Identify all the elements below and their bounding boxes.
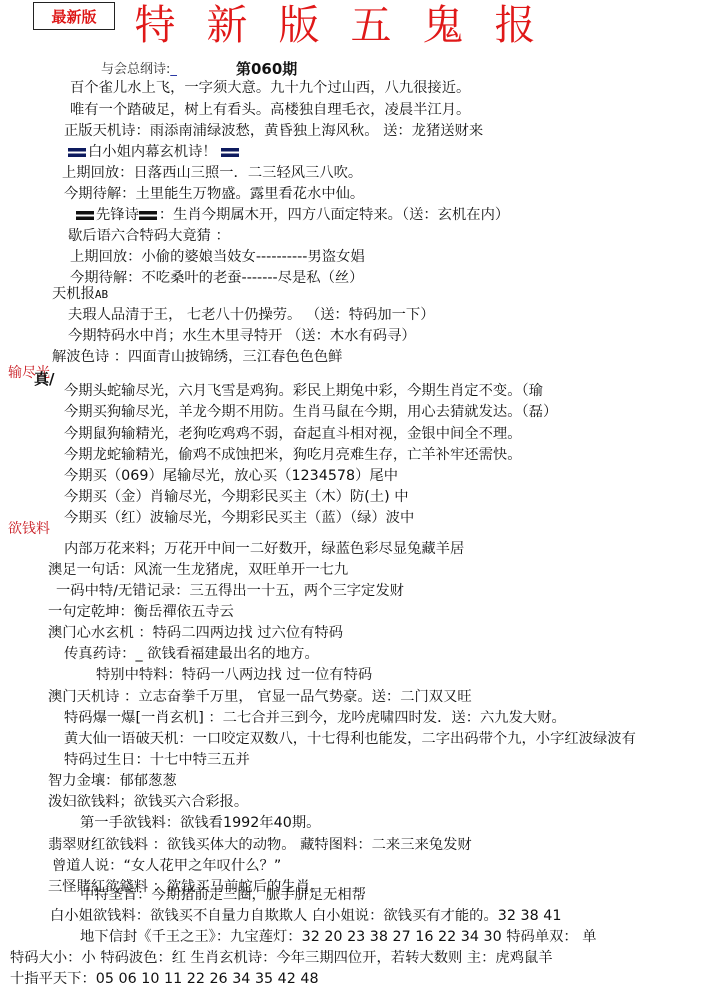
yuqian-line: 泼妇欲钱料；欲钱买六合彩报。 [48, 793, 248, 811]
tianjibao-title: 天机报AB [52, 285, 108, 304]
double-bar-icon [139, 211, 157, 220]
shujinguang-line: 今期买狗输尽光，羊龙今期不用防。生肖马鼠在今期，用心去猜就发达。（磊） [64, 403, 557, 421]
tianjibao-line: 夫瑕人品清于王， 七老八十仍操劳。 （送：特码加一下） [68, 306, 435, 324]
double-bar-icon [68, 148, 86, 157]
last-review-line: 上期回放：日落西山三照一．二三轻风三八吹。 [62, 164, 362, 182]
shujinguang-line: 今期买（红）波输尽光，今期彩民买主（蓝）（绿）波中 [64, 509, 414, 527]
xiehouyu-last: 上期回放：小偷的婆娘当妓女----------男盗女娼 [70, 248, 365, 266]
subtitle-line: 与会总纲诗:_ [101, 61, 177, 79]
yuqian-line: 一码中特/无错记录：三五得出一十五，两个三字定发财 [56, 582, 404, 600]
baixiaojie-header: 白小姐内幕玄机诗！ [68, 143, 241, 161]
yuqian-line: 澳门心水玄机 ：特码二四两边找 过六位有特码 [48, 624, 343, 642]
yuqian-line: 地下信封《千王之王》：九宝莲灯：32 20 23 38 27 16 22 34 … [80, 928, 597, 946]
poem-line-2: 唯有一个踏破足，树上有看头。高楼独自理毛衣，凌晨半江月。 [70, 101, 470, 119]
issue-number: 第060期 [236, 58, 297, 79]
yuqian-line: 黄大仙一语破天机：一口咬定双数八，十七得利也能发，二字出码带个九，小字红波绿波有 [64, 730, 636, 748]
title-char: 报 [488, 0, 542, 50]
shujinguang-line: 今期买（069）尾输尽光，放心买（1234578）尾中 [64, 467, 398, 485]
shujinguang-line: 今期买（金）肖输尽光，今期彩民买主（木）防(土) 中 [64, 488, 409, 506]
yuqian-line: 十指平天下：05 06 10 11 22 26 34 35 42 48 [10, 970, 319, 988]
yuqian-line: 曾道人说：“女人花甲之年叹什么？” [52, 857, 281, 875]
xianfeng-label: 先锋诗 [96, 207, 139, 223]
xiehouyu-title: 歇后语六合特码大竟猜 ： [68, 227, 230, 245]
yuqian-line: 翡翠财红欲钱料 ：欲钱买体大的动物。 藏特图料：二来三来兔发财 [48, 836, 472, 854]
yuqian-line: 特码过生日：十七中特三五并 [64, 751, 250, 769]
shujinguang-line: 今期鼠狗输精光，老狗吃鸡鸡不弱，奋起直斗相对视，金银中间全不理。 [64, 425, 522, 443]
yuqian-line: 特码爆一爆[一肖玄机] ：二七合并三到今，龙吟虎啸四时发．送：六九发大财。 [64, 709, 566, 727]
baixiaojie-header-text: 白小姐内幕玄机诗！ [88, 144, 217, 160]
xiehouyu-now: 今期待解：不吃桑叶的老蚕-------尽是私（丝） [70, 269, 363, 287]
poem-line-1: 百个雀儿水上飞，一字须大意。九十九个过山西，八九很接近。 [70, 79, 470, 97]
tianjibao-title-text: 天机报 [52, 286, 95, 302]
section-label-yuqianliao: 欲钱料 [8, 518, 50, 538]
yuqian-line: 特码大小：小 特码波色：红 生肖玄机诗：今年三期四位开，若转大数则 主：虎鸡鼠羊 [10, 949, 553, 967]
tianjibao-line: 今期特码水中肖；水生木里寻特开 （送：木水有码寻） [68, 327, 416, 345]
page-title: 特 新 版 五 鬼 报 [128, 0, 560, 50]
tianjibao-suffix: AB [95, 288, 108, 301]
title-char: 鬼 [416, 0, 470, 50]
xianfeng-line: 先锋诗：生肖今期属木开，四方八面定特来。（送：玄机在内） [76, 206, 509, 224]
double-bar-icon [221, 148, 239, 157]
subtitle-cursor: _ [170, 62, 177, 77]
yuqian-line: 内部万花来料；万花开中间一二好数开，绿蓝色彩尽显兔藏羊居 [64, 540, 464, 558]
yuqian-line: 特别中特料：特码一八两边找 过一位有特码 [96, 666, 372, 684]
yuqian-line: 传真药诗：_ 欲钱看福建最出名的地方。 [64, 645, 319, 663]
title-char: 特 [128, 0, 182, 50]
yuqian-line: 白小姐欲钱料：欲钱买不自量力自欺欺人 白小姐说：欲钱买有才能的。32 38 41 [50, 907, 561, 925]
title-char: 版 [272, 0, 326, 50]
yuqian-line: 第一手欲钱料：欲钱看1992年40期。 [80, 814, 320, 832]
yuqian-line: 澳门天机诗 ：立志奋拳千万里， 官显一品气势豪。送：二门双又旺 [48, 688, 472, 706]
yuqian-line: 中特圣旨：今期猪前走三圈，脈手胼足无相帮 [80, 886, 366, 904]
this-answer-line: 今期待解：土里能生万物盛。露里看花水中仙。 [64, 185, 364, 203]
overlay-glyph: 真/ [34, 370, 54, 388]
shujinguang-line: 今期龙蛇输精光，偷鸡不成蚀把米，狗吃月亮难生存，亡羊补牢还需快。 [64, 446, 522, 464]
newest-edition-badge: 最新版 [33, 2, 115, 30]
title-char: 新 [200, 0, 254, 50]
double-bar-icon [76, 211, 94, 220]
subtitle-label: 与会总纲诗: [101, 62, 170, 77]
jieboshi-line: 解波色诗 ：四面青山披锦绣，三江春色色色鲜 [52, 348, 342, 366]
xianfeng-text: ：生肖今期属木开，四方八面定特来。（送：玄机在内） [159, 207, 509, 223]
yuqian-line: 澳足一句话：风流一生龙猪虎，双旺单开一七九 [48, 561, 348, 579]
zhengban-line: 正版天机诗：雨添南浦绿波愁，黄昏独上海风秋。 送：龙猪送财来 [64, 122, 483, 140]
title-char: 五 [344, 0, 398, 50]
yuqian-line: 智力金壤：郁郁葱葱 [48, 772, 177, 790]
yuqian-line: 一句定乾坤：衡岳禪依五寺云 [48, 603, 234, 621]
shujinguang-line: 今期头蛇输尽光，六月飞雪是鸡狗。彩民上期兔中彩，今期生肖定不变。（瑜 [64, 382, 543, 400]
